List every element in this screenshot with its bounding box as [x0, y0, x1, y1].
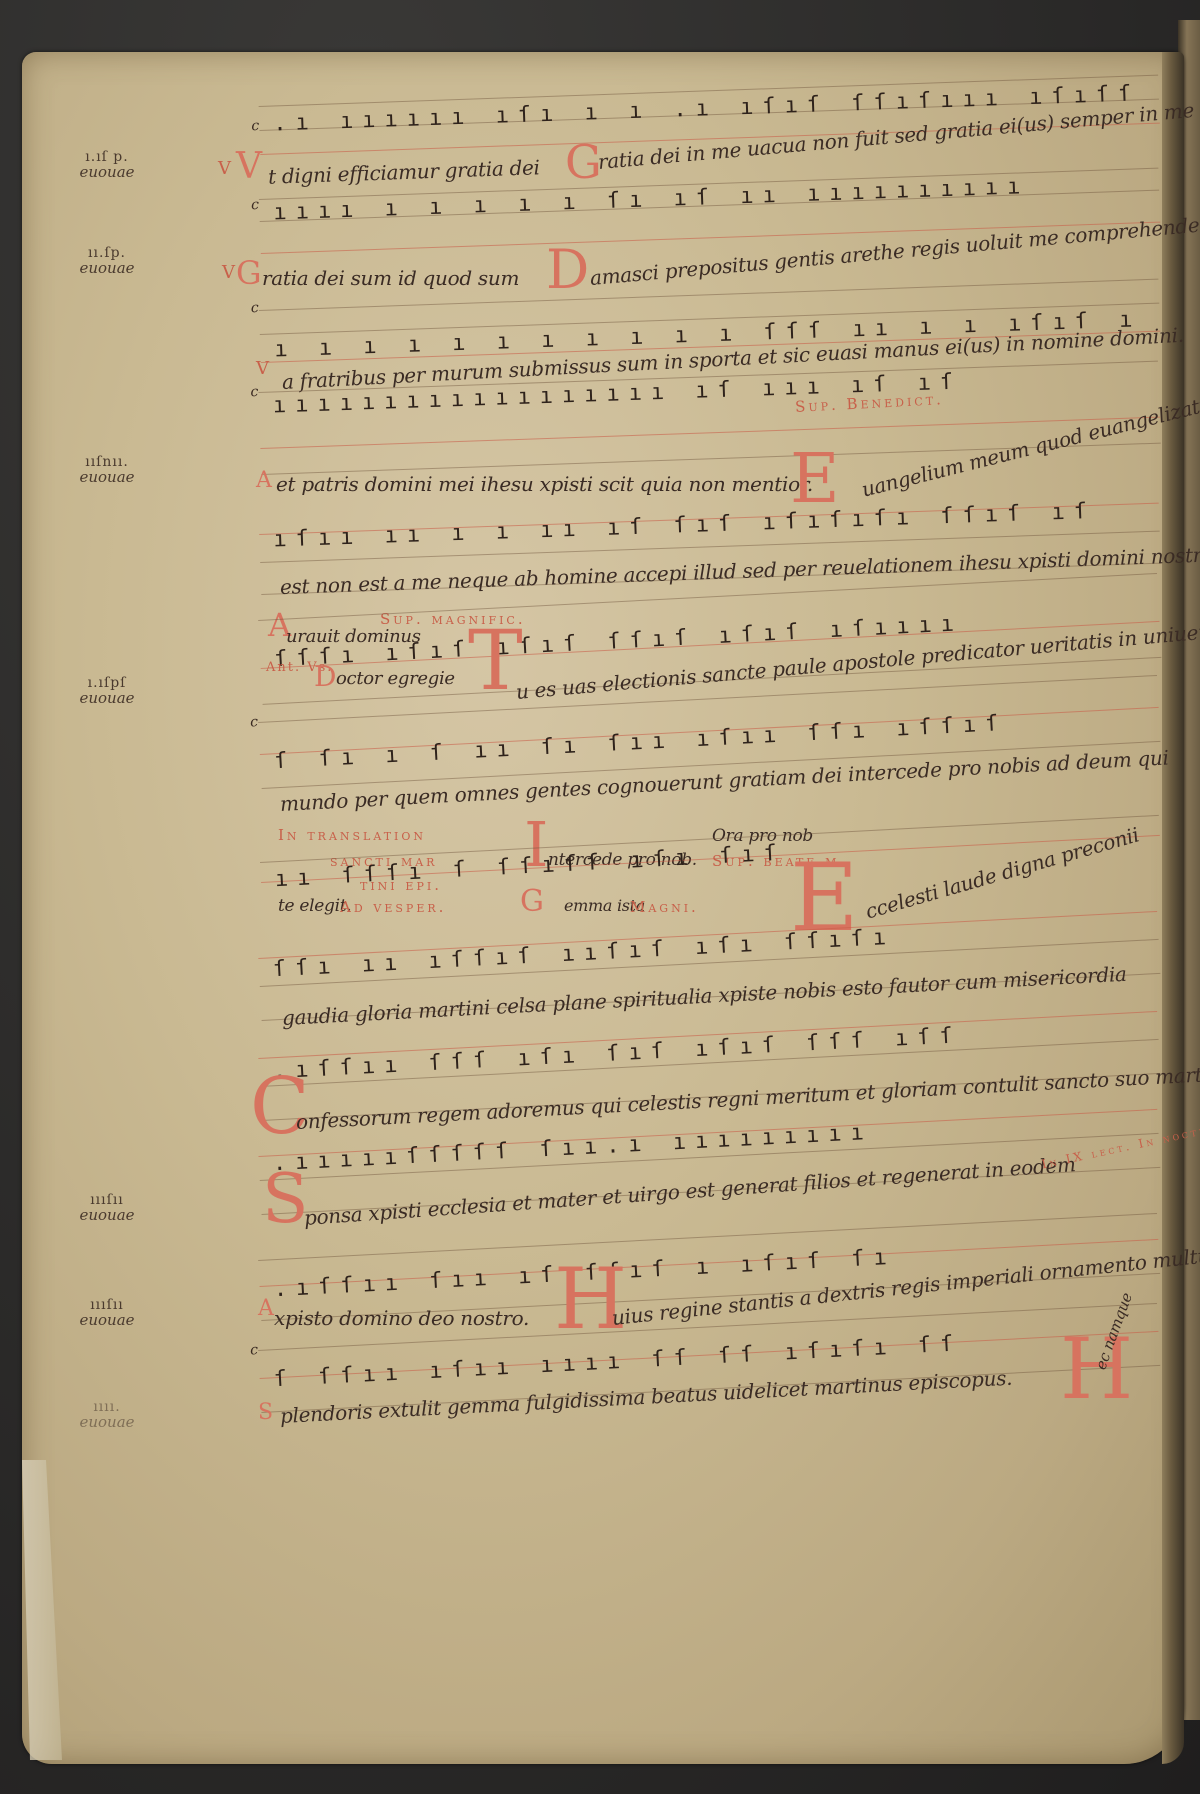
chant-text: et patris domini mei ihesu xpisti scit q…	[276, 472, 813, 496]
initial-letter: V	[236, 146, 262, 187]
initial-letter: A	[256, 468, 272, 493]
initial-letter: S	[262, 1160, 309, 1239]
initial-letter: H	[1060, 1320, 1133, 1418]
margin-euouae: euouae	[62, 690, 152, 706]
versicle-sign: V	[222, 262, 235, 283]
margin-euouae: euouae	[62, 260, 152, 276]
clef-c: c	[250, 1342, 259, 1358]
initial-letter: G	[520, 884, 544, 919]
initial-letter: G	[236, 254, 262, 292]
rubric-heading: Magni.	[630, 898, 699, 916]
clef-c: c	[250, 384, 258, 400]
margin-neumes: ııſnıı.	[62, 455, 152, 469]
margin-neumes: ıııſıı	[62, 1193, 152, 1207]
margin-note: ı.ıſpſ euouae	[62, 676, 152, 706]
margin-euouae: euouae	[62, 164, 152, 180]
clef-c: c	[251, 300, 259, 316]
initial-letter: T	[468, 614, 523, 709]
margin-note: ıııſıı euouae	[62, 1298, 152, 1328]
initial-letter: G	[565, 135, 602, 189]
chant-text: xpisto domino deo nostro.	[274, 1306, 529, 1330]
margin-euouae: euouae	[62, 1312, 152, 1328]
margin-neumes: ı.ıſ p.	[62, 150, 152, 164]
margin-neumes: ı.ıſpſ	[62, 676, 152, 690]
initial-letter: D	[314, 660, 336, 693]
margin-euouae: euouae	[62, 1414, 152, 1430]
margin-note: ııſnıı. euouae	[62, 455, 152, 485]
neume-row: ıſıı ıı ı ı ıı ıſ ſıſ ıſıſıſı ſſıſ ıſ	[273, 499, 1159, 552]
rubric-heading: Ad vesper.	[340, 898, 446, 916]
margin-euouae: euouae	[62, 469, 152, 485]
initial-letter: S	[258, 1400, 273, 1425]
clef-c: c	[250, 714, 259, 730]
chant-text: ratia dei sum id quod sum	[262, 266, 519, 290]
margin-neumes: ıııı.	[62, 1400, 152, 1414]
chant-text: octor egregie	[336, 668, 455, 689]
margin-neumes: ıııſıı	[62, 1298, 152, 1312]
margin-note: ı.ıſ p. euouae	[62, 150, 152, 180]
margin-euouae: euouae	[62, 1207, 152, 1223]
margin-note: ıııı. euouae	[62, 1400, 152, 1430]
clef-c: c	[251, 118, 259, 134]
versicle-sign: V	[256, 358, 269, 379]
page-gutter	[1162, 52, 1184, 1764]
margin-note: ıııſıı euouae	[62, 1193, 152, 1223]
margin-neumes: ıı.ſp.	[62, 246, 152, 260]
margin-note: ıı.ſp. euouae	[62, 246, 152, 276]
initial-letter: A	[258, 1296, 274, 1321]
clef-c: c	[251, 197, 259, 213]
versicle-sign: V	[218, 158, 231, 179]
